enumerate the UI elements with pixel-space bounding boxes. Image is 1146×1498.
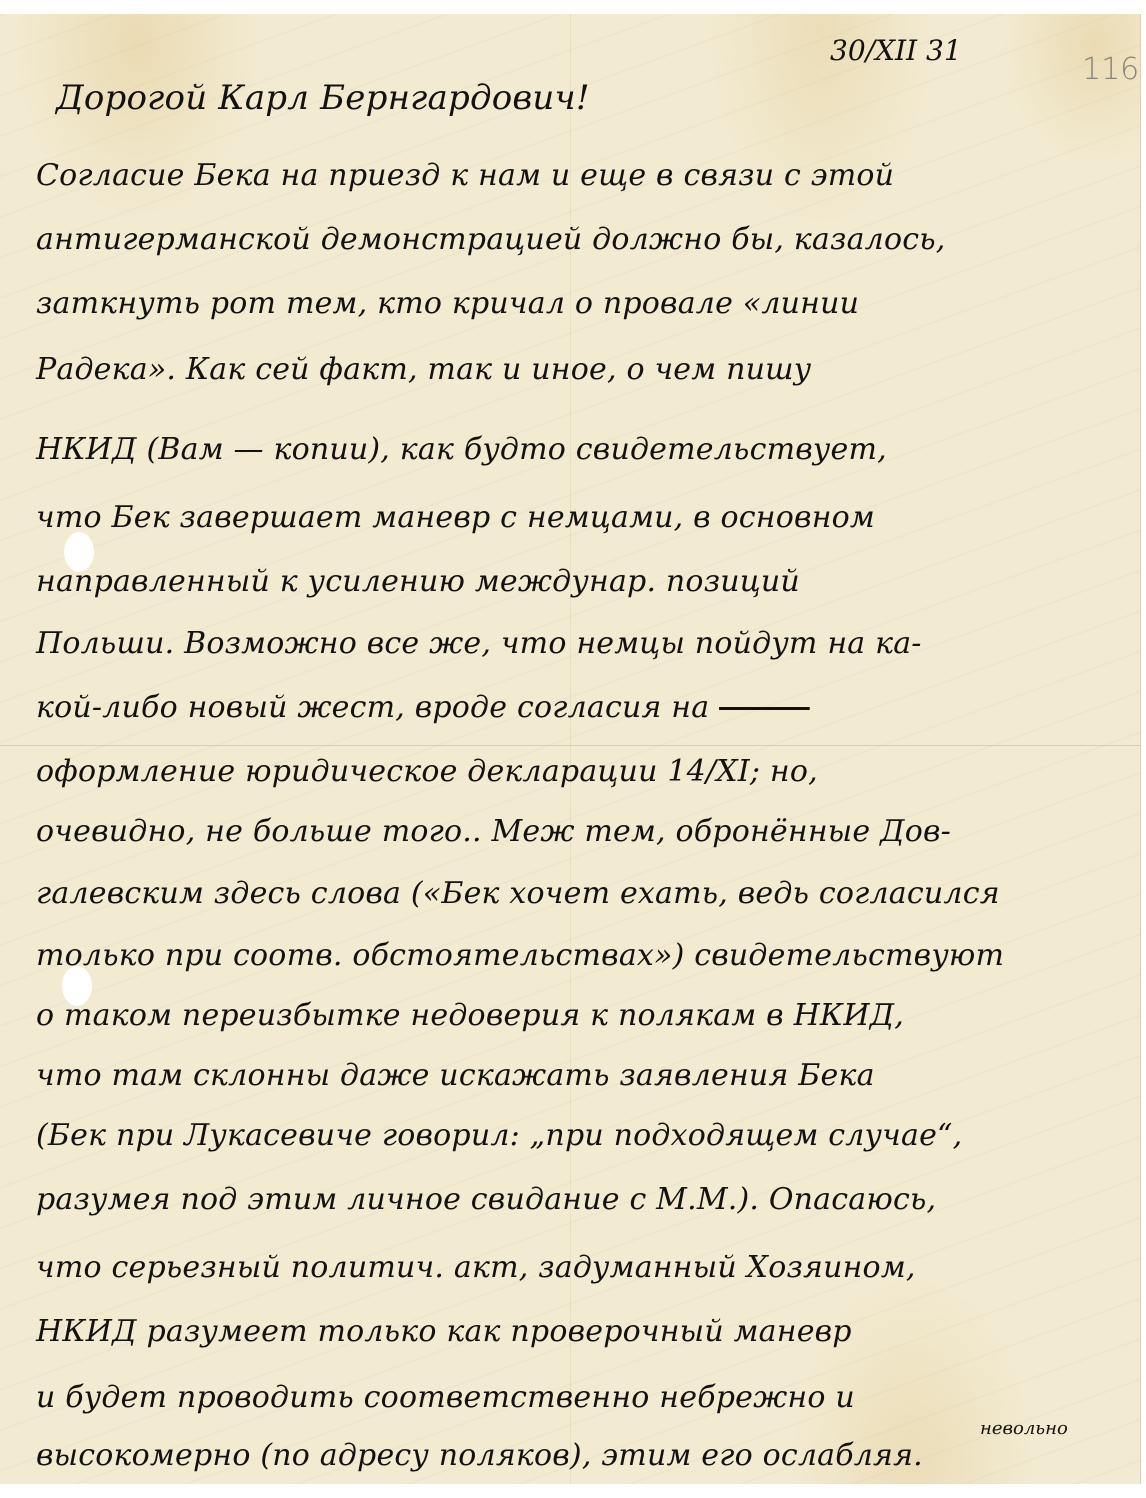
letter-line-14: о таком переизбытке недоверия к полякам … bbox=[36, 998, 904, 1033]
letter-line-11: очевидно, не больше того.. Меж тем, обро… bbox=[36, 814, 951, 849]
letter-line-9-text: кой-либо новый жест, вроде согласия на bbox=[36, 690, 709, 725]
letter-line-4: Радека». Как сей факт, так и иное, о чем… bbox=[36, 352, 811, 387]
letter-line-19: НКИД разумеет только как проверочный ман… bbox=[36, 1314, 852, 1349]
letter-line-6: что Бек завершает маневр с немцами, в ос… bbox=[36, 500, 875, 535]
letter-line-2: антигерманской демонстрацией должно бы, … bbox=[36, 222, 946, 257]
letter-line-21: высокомерно (по адресу поляков), этим ег… bbox=[36, 1438, 923, 1473]
letter-line-20: и будет проводить соответственно небрежн… bbox=[36, 1380, 855, 1415]
letter-line-13: только при соотв. обстоятельствах») свид… bbox=[36, 938, 1004, 973]
letter-line-1: Согласие Бека на приезд к нам и еще в св… bbox=[36, 158, 894, 193]
letter-date: 30/XII 31 bbox=[830, 34, 962, 67]
letter-line-17: разумея под этим личное свидание с М.М.)… bbox=[36, 1182, 936, 1217]
archive-page-number: 116 bbox=[1082, 52, 1139, 87]
letter-line-8: Польши. Возможно все же, что немцы пойду… bbox=[36, 626, 922, 661]
letter-line-12: галевским здесь слова («Бек хочет ехать,… bbox=[36, 876, 1000, 911]
letter-line-3: заткнуть рот тем, кто кричал о провале «… bbox=[36, 286, 859, 321]
letter-line-9: кой-либо новый жест, вроде согласия на —… bbox=[36, 690, 810, 725]
letter-line-7: направленный к усилению междунар. позици… bbox=[36, 564, 800, 599]
letter-line-5: НКИД (Вам — копии), как будто свидетельс… bbox=[36, 432, 887, 467]
letter-line-16: (Бек при Лукасевиче говорил: „при подход… bbox=[36, 1118, 962, 1153]
letter-line-10: оформление юридическое декларации 14/XI;… bbox=[36, 754, 818, 789]
struck-word: ——— bbox=[719, 690, 810, 725]
letter-paper: 116 30/XII 31 Дорогой Карл Бернгардович!… bbox=[0, 14, 1140, 1484]
letter-line-18: что серьезный политич. акт, задуманный Х… bbox=[36, 1250, 916, 1285]
interlinear-insertion: невольно bbox=[980, 1418, 1068, 1439]
letter-line-15: что там склонны даже искажать заявления … bbox=[36, 1058, 875, 1093]
salutation: Дорогой Карл Бернгардович! bbox=[56, 78, 590, 118]
